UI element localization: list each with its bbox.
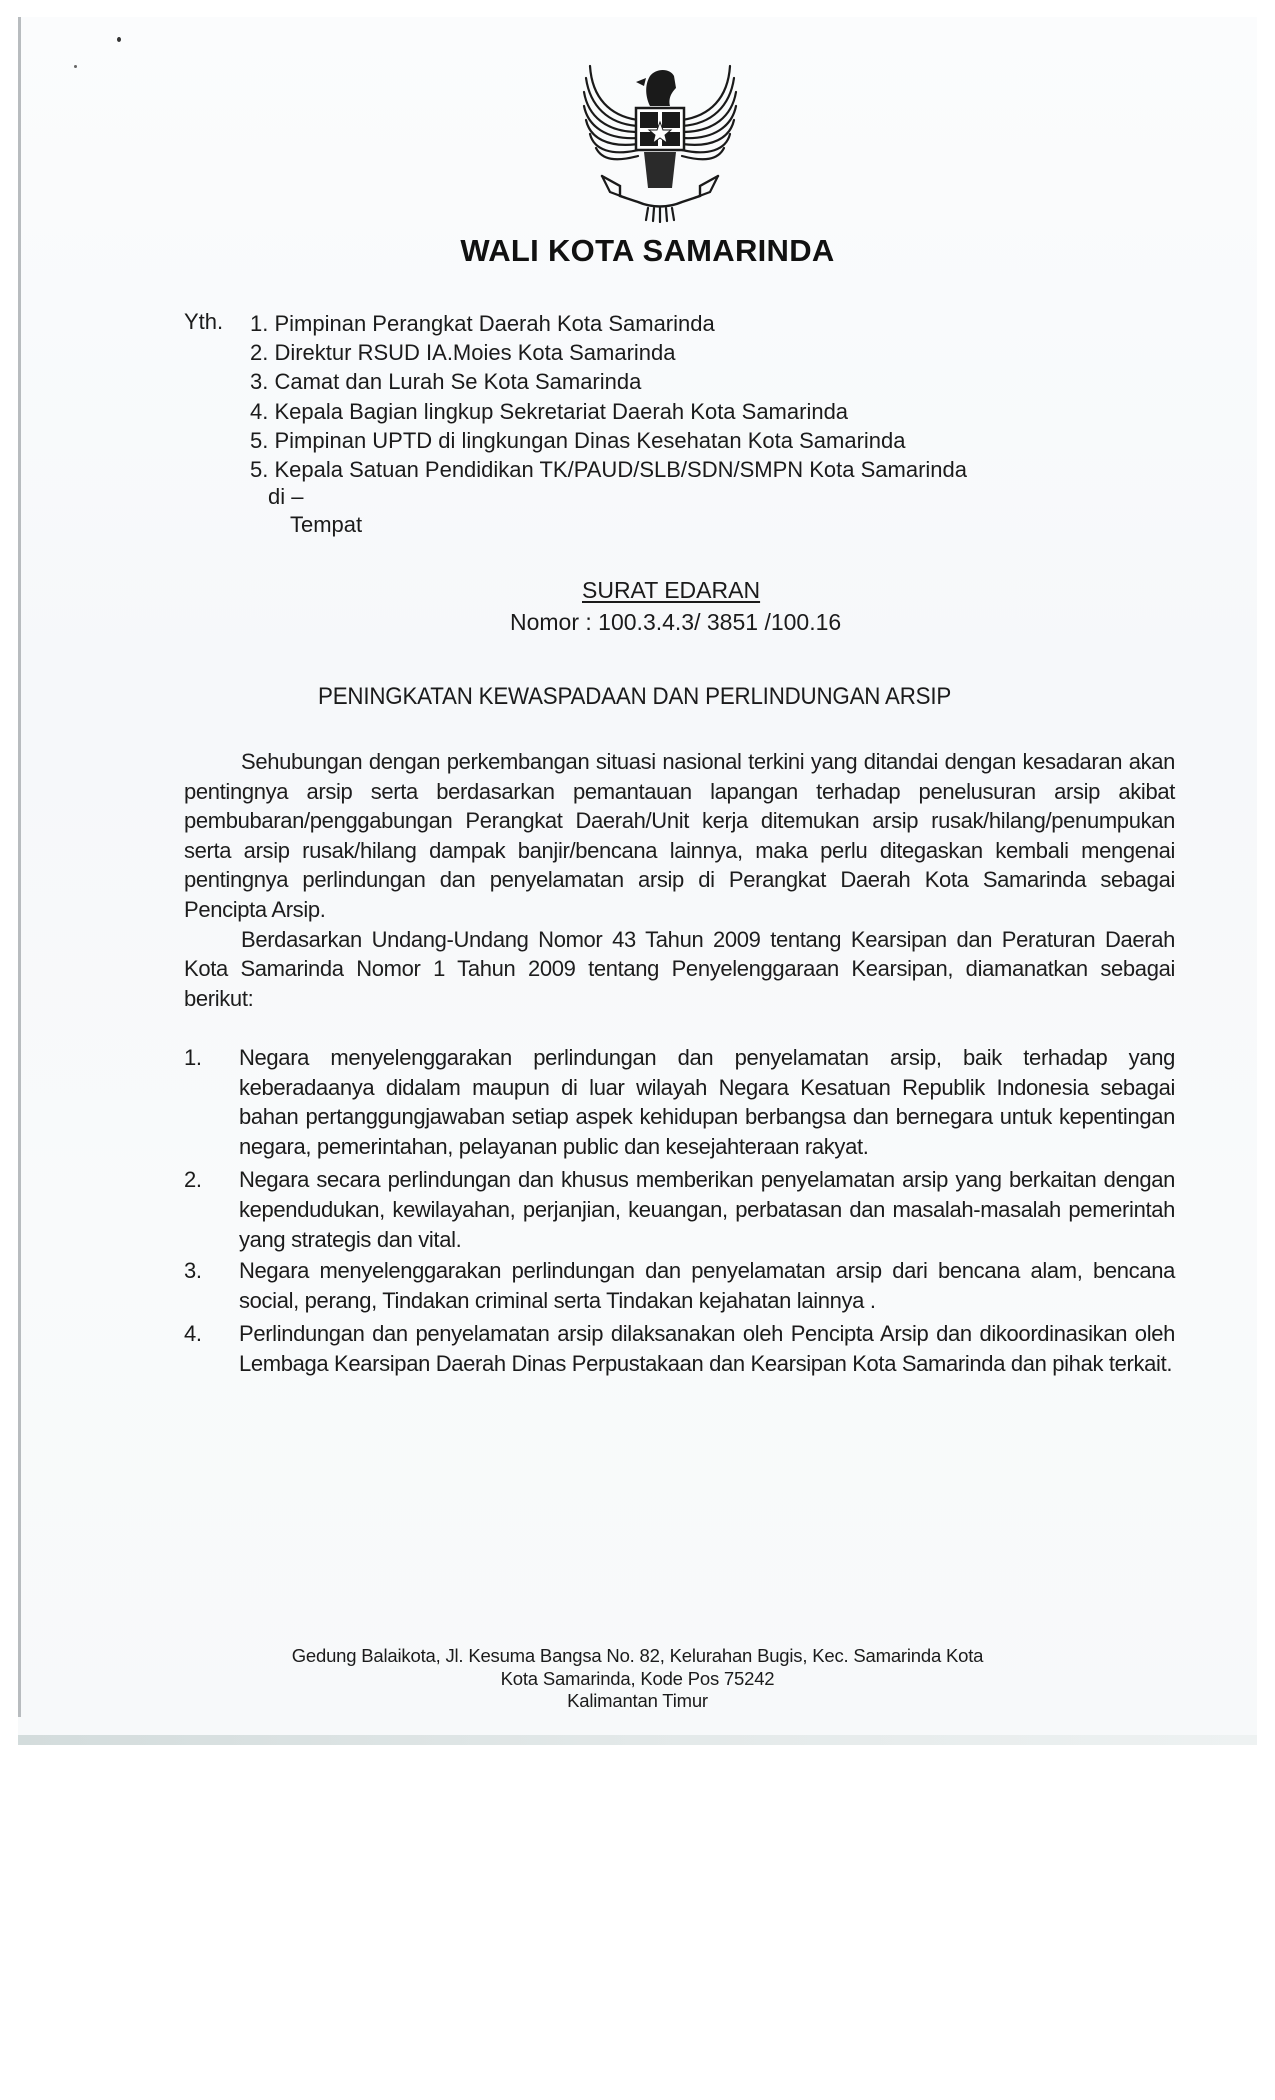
- body-paragraph: Berdasarkan Undang-Undang Nomor 43 Tahun…: [184, 925, 1175, 1014]
- addressee-tempat: Tempat: [290, 512, 362, 538]
- letter-type: SURAT EDARAN: [582, 577, 760, 604]
- recipient-list: 1. Pimpinan Perangkat Daerah Kota Samari…: [250, 309, 967, 484]
- recipient-item: 5. Pimpinan UPTD di lingkungan Dinas Kes…: [250, 426, 967, 455]
- list-text: Perlindungan dan penyelamatan arsip dila…: [239, 1321, 1175, 1376]
- points-list: 1. Negara menyelenggarakan perlindungan …: [184, 1043, 1175, 1379]
- list-item: 4. Perlindungan dan penyelamatan arsip d…: [184, 1319, 1175, 1378]
- letter-subject: PENINGKATAN KEWASPADAAN DAN PERLINDUNGAN…: [318, 683, 951, 711]
- document-title: WALI KOTA SAMARINDA: [0, 233, 1275, 269]
- garuda-emblem-icon: [580, 58, 740, 223]
- list-number: 4.: [184, 1319, 202, 1349]
- recipient-item: 2. Direktur RSUD IA.Moies Kota Samarinda: [250, 338, 967, 367]
- list-number: 1.: [184, 1043, 202, 1073]
- list-number: 2.: [184, 1165, 202, 1195]
- letterhead-footer: Gedung Balaikota, Jl. Kesuma Bangsa No. …: [0, 1645, 1275, 1713]
- scan-speck: [74, 65, 77, 68]
- list-text: Negara secara perlindungan dan khusus me…: [239, 1167, 1175, 1251]
- addressee-label: Yth.: [184, 309, 223, 335]
- body-paragraph: Sehubungan dengan perkembangan situasi n…: [184, 747, 1175, 925]
- list-item: 2. Negara secara perlindungan dan khusus…: [184, 1165, 1175, 1254]
- list-text: Negara menyelenggarakan perlindungan dan…: [239, 1045, 1175, 1159]
- scan-edge: [18, 17, 21, 1717]
- recipient-item: 4. Kepala Bagian lingkup Sekretariat Dae…: [250, 397, 967, 426]
- footer-address-line: Kalimantan Timur: [0, 1690, 1275, 1713]
- recipient-item: 1. Pimpinan Perangkat Daerah Kota Samari…: [250, 309, 967, 338]
- scan-bottom-edge: [18, 1735, 1257, 1745]
- recipient-item: 3. Camat dan Lurah Se Kota Samarinda: [250, 367, 967, 396]
- list-item: 3. Negara menyelenggarakan perlindungan …: [184, 1256, 1175, 1315]
- addressee-di: di –: [268, 484, 303, 510]
- list-number: 3.: [184, 1256, 202, 1286]
- list-text: Negara menyelenggarakan perlindungan dan…: [239, 1258, 1175, 1313]
- list-item: 1. Negara menyelenggarakan perlindungan …: [184, 1043, 1175, 1161]
- footer-address-line: Kota Samarinda, Kode Pos 75242: [0, 1668, 1275, 1691]
- footer-address-line: Gedung Balaikota, Jl. Kesuma Bangsa No. …: [0, 1645, 1275, 1668]
- letter-number: Nomor : 100.3.4.3/ 3851 /100.16: [510, 609, 841, 636]
- scan-speck: [117, 37, 121, 42]
- recipient-item: 5. Kepala Satuan Pendidikan TK/PAUD/SLB/…: [250, 455, 967, 484]
- letter-body: Sehubungan dengan perkembangan situasi n…: [184, 747, 1175, 1013]
